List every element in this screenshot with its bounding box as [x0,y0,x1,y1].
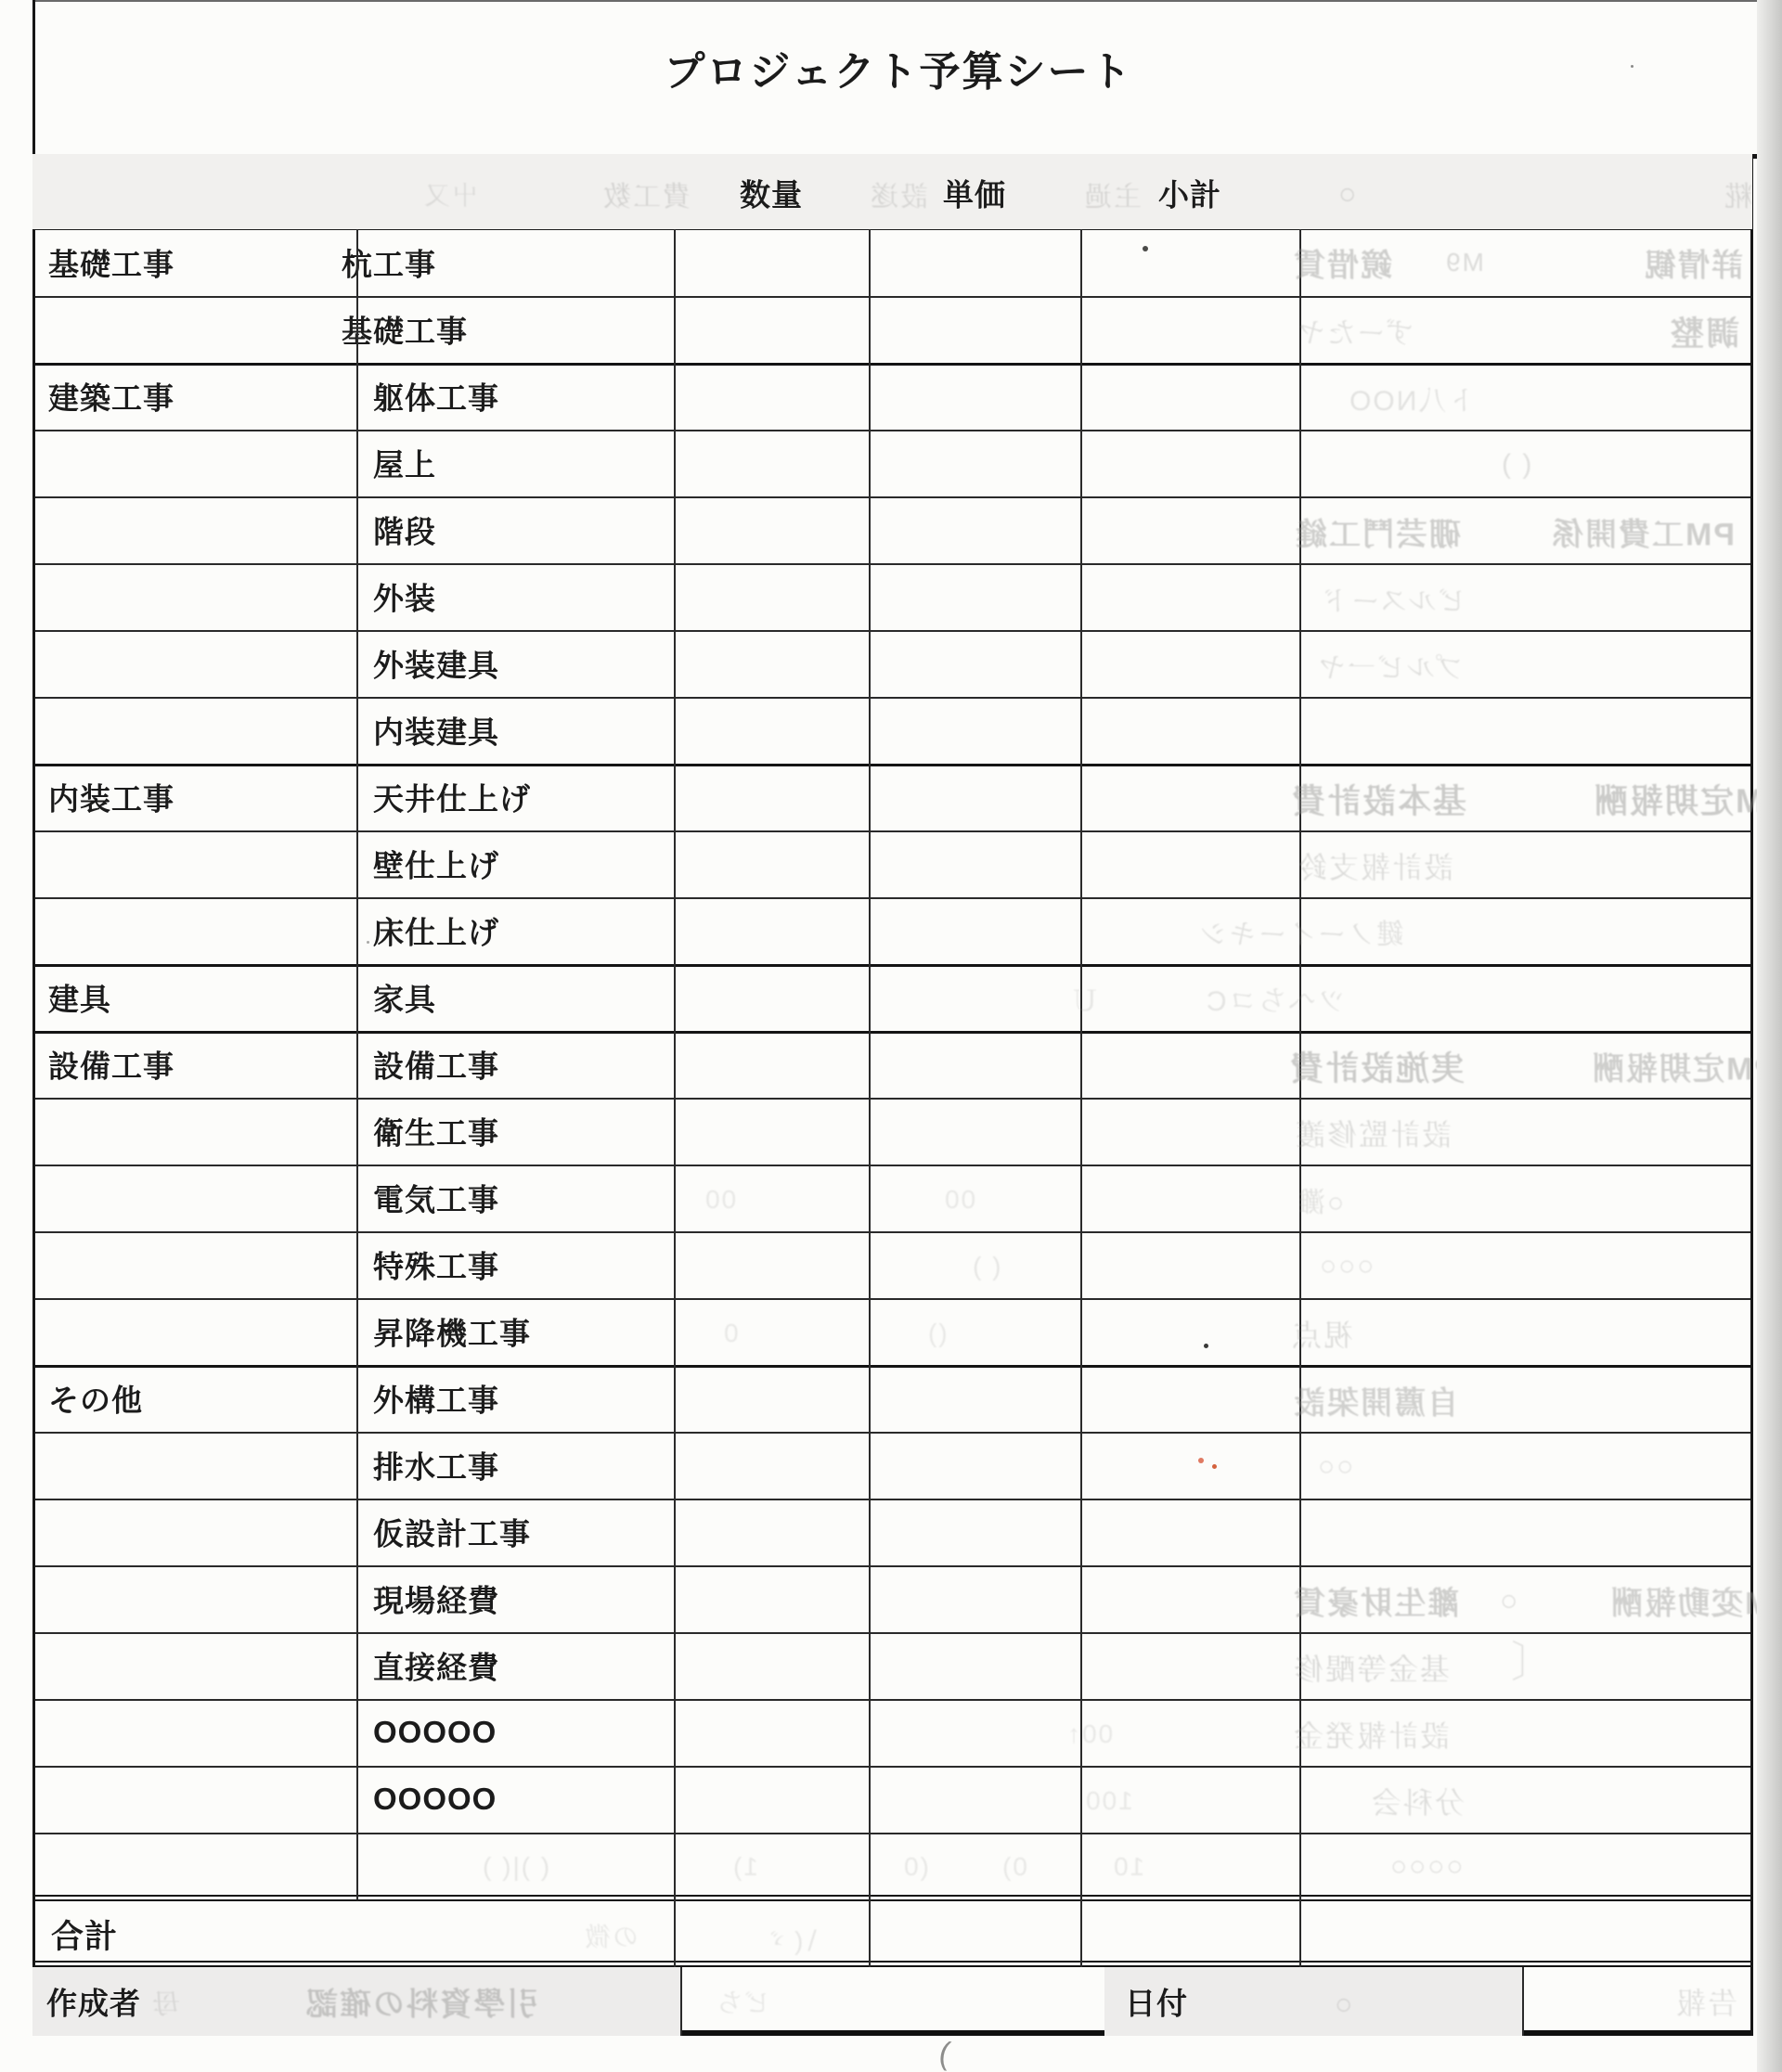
bleed-through-text: 鍵ノーイーキシ [1197,911,1404,952]
unit-price-cell [869,1299,1080,1366]
header-quantity: 数量 [740,172,803,215]
bleed-through-text: 屮又 [422,175,478,212]
item-label: 設備工事 [373,1043,499,1087]
grid-hline [32,1632,1752,1634]
grid-hline [32,964,1752,967]
notes-cell [1299,1165,1752,1232]
scanned-budget-sheet: プロジェクト予算シート 数量 単価 小計 合計 作成者 日付 屮又費工数設遂主過… [0,0,1782,2072]
quantity-cell [674,230,869,297]
bleed-through-text: ○○○○ [1388,1851,1463,1883]
table-row: 内装建具 [32,698,1752,765]
grid-hline [32,0,1765,2]
table-row: 家具 [32,965,1752,1032]
table-row: 外装建具 [32,631,1752,698]
table-row: 現場経費 [32,1566,1752,1633]
grid-hline [32,363,1752,366]
grid-hline [32,897,1752,899]
item-label: 直接経費 [373,1644,499,1688]
unit-price-cell [869,297,1080,364]
bleed-through-text: (0 [902,1852,929,1882]
scan-edge-strip [1757,0,1782,2072]
bleed-through-text: 視点 [1290,1312,1353,1355]
bleed-through-text: 0 [722,1319,739,1348]
item-label: 電気工事 [373,1177,499,1220]
table-row: 直接経費 [32,1633,1752,1700]
item-label: 内装建具 [373,709,499,753]
grid-hline [32,496,1752,498]
quantity-cell [674,1299,869,1366]
item-label: 外構工事 [373,1377,499,1421]
subtotal-cell [1080,1232,1299,1299]
bleed-through-text: 分科会 [1370,1780,1465,1822]
bleed-through-text: ビルスード [1320,578,1466,619]
notes-cell [1299,965,1752,1032]
subtotal-cell [1080,1165,1299,1232]
subtotal-cell [1080,497,1299,564]
grid-hline [32,1098,1752,1100]
bleed-through-text: 自薦開架設 [1292,1378,1459,1423]
unit-price-cell [869,1433,1080,1499]
item-label: 基礎工事 [342,308,468,352]
item-label: 昇降機工事 [373,1310,531,1354]
grid-vline [32,0,35,2036]
bleed-through-text: ∖(ゞ [765,1921,821,1958]
quantity-cell [674,965,869,1032]
grid-hline [32,1231,1752,1233]
unit-price-cell [869,1366,1080,1433]
bleed-through-text: 〔 [1509,1628,1554,1690]
unit-price-cell [869,698,1080,765]
bleed-through-text: ト八NOO [1348,378,1476,418]
item-label: 外装 [373,575,436,619]
item-label: 衛生工事 [373,1110,499,1153]
bleed-through-text: ずーたヤ [1296,310,1414,351]
item-label: 床仕上げ [373,909,499,953]
subtotal-cell [1080,1433,1299,1499]
grid-hline [32,1565,1752,1567]
quantity-cell [674,1433,869,1499]
bleed-through-text: プルビ一ヤ [1316,645,1464,686]
table-row: 排水工事 [32,1433,1752,1499]
subtotal-cell [1080,1299,1299,1366]
notes-cell [1299,1834,1752,1900]
bleed-through-text: 0) [1001,1852,1027,1882]
header-unit-price: 単価 [943,172,1006,215]
subtotal-cell [1080,698,1299,765]
subtotal-cell [1080,364,1299,431]
item-label: 家具 [373,976,436,1020]
grid-hline [32,1432,1752,1434]
date-label: 日付 [1125,1980,1188,2024]
table-row [32,1834,1752,1900]
header-subtotal: 小計 [1158,172,1221,215]
unit-price-cell [869,965,1080,1032]
grid-hline [32,1165,1752,1166]
quantity-cell [674,765,869,831]
item-label: 屋上 [373,442,436,485]
grid-vline [1750,154,1753,2036]
scan-speck [1198,1458,1204,1463]
item-label: 天井仕上げ [373,776,531,819]
bleed-through-text: ○灘 [1296,1179,1344,1220]
table-row: 躯体工事 [32,364,1752,431]
quantity-cell [674,1099,869,1165]
grid-hline [32,1833,1752,1834]
grid-vline [869,154,871,1967]
quantity-cell [674,1232,869,1299]
scan-speck [1631,65,1633,68]
bleed-through-text: ○ [1336,177,1356,212]
table-row: 屋上 [32,431,1752,497]
scan-speck [1143,246,1148,251]
scan-speck [1204,1344,1208,1348]
subtotal-cell [1080,1099,1299,1165]
author-label: 作成者 [46,1980,141,2024]
table-row: 衛生工事 [32,1099,1752,1165]
quantity-cell [674,564,869,631]
bleed-through-text: ○ [1333,1988,1352,2022]
table-row: 電気工事 [32,1165,1752,1232]
quantity-cell [674,1834,869,1900]
grid-vline [674,154,676,1967]
quantity-cell [674,898,869,965]
bleed-through-text: 引學資料の確認 [304,1979,538,2025]
grid-hline [32,1298,1752,1300]
quantity-cell [674,431,869,497]
subtotal-cell [1080,631,1299,698]
item-label: 現場経費 [373,1577,499,1621]
bleed-through-text: ツへちコC [1205,978,1346,1019]
subtotal-cell [1080,1366,1299,1433]
item-label: 階段 [373,508,436,552]
pen-scratch-mark: ( [936,2035,953,2072]
grid-hline [32,1961,1752,1963]
quantity-cell [674,698,869,765]
item-label: 仮設計工事 [373,1511,531,1554]
item-label: 壁仕上げ [373,843,499,886]
unit-price-cell [869,431,1080,497]
quantity-cell [674,631,869,698]
bleed-through-text: ( )|( ) [481,1852,549,1882]
bleed-through-text: 設計報発金 [1292,1713,1450,1756]
table-row: 壁仕上げ [32,831,1752,898]
item-label: 躯体工事 [373,375,499,418]
subtotal-cell [1080,230,1299,297]
bleed-through-text: 00 [943,1185,975,1215]
unit-price-cell [869,1032,1080,1099]
bleed-through-text: 00 [704,1185,736,1215]
grid-vline [1522,1967,1524,2036]
grid-vline [1080,154,1082,1967]
bleed-through-text: 100 [1084,1786,1133,1816]
bleed-through-text: ( ) [971,1252,1001,1281]
grid-hline [32,1499,1752,1500]
unit-price-cell [869,1499,1080,1566]
bleed-through-text: 実施設計費 [1288,1043,1465,1090]
table-row: 基礎工事 [32,297,1752,364]
table-row: OOOOO [32,1700,1752,1767]
grid-hline [32,1766,1752,1768]
item-label: 特殊工事 [373,1243,499,1287]
quantity-cell [674,1032,869,1099]
unit-price-cell [869,1566,1080,1633]
table-row: 杭工事 [32,230,1752,297]
bleed-through-text: 詳情観 [1643,240,1743,286]
grid-hline [32,630,1752,632]
bleed-through-text: PM工費開係 [1550,509,1735,555]
item-label: 外装建具 [373,642,499,686]
item-label: OOOOO [373,1715,497,1750]
unit-price-cell [869,1633,1080,1700]
unit-price-cell [869,765,1080,831]
quantity-cell [674,1700,869,1767]
bleed-through-text: 00↑ [1065,1719,1113,1749]
unit-price-cell [869,497,1080,564]
grid-hline [32,830,1752,832]
page-title: プロジェクト予算シート [664,38,1132,97]
bleed-through-text: 告報 [1674,1980,1737,2023]
grid-hline [32,1895,1752,1897]
subtotal-cell [1080,297,1299,364]
bleed-through-text: PM定期報酬 [1593,776,1782,823]
bleed-through-text: ○○ [1316,1451,1353,1483]
subtotal-cell [1080,431,1299,497]
notes-cell [1299,698,1752,765]
quantity-cell [674,1767,869,1834]
table-row: 外装 [32,564,1752,631]
grid-hline [32,563,1752,565]
scan-speck [367,941,369,944]
bleed-through-text: の微 [583,1917,639,1954]
bleed-through-text: 基金等醍修 [1292,1646,1450,1689]
table-row: OOOOO [32,1767,1752,1834]
subtotal-cell [1080,765,1299,831]
bleed-through-text: 費工数 [601,174,691,214]
notes-cell [1299,1299,1752,1366]
item-label: OOOOO [373,1782,497,1817]
bleed-through-text: 10 [1112,1852,1144,1882]
unit-price-cell [869,364,1080,431]
grid-hline [32,1699,1752,1701]
bleed-through-text: 設計報支鈴 [1296,844,1453,887]
unit-price-cell [869,1834,1080,1900]
table-row: 床仕上げ [32,898,1752,965]
bleed-through-text: Ｕ [1069,978,1099,1019]
bleed-through-text: PM定期報酬 [1591,1044,1776,1089]
quantity-cell [674,497,869,564]
subtotal-cell [1080,564,1299,631]
bleed-through-text: 主過 [1082,174,1142,214]
item-label: 排水工事 [373,1444,499,1487]
bleed-through-text: 離生財豪賃 [1292,1578,1459,1624]
notes-cell [1299,1499,1752,1566]
quantity-cell [674,1633,869,1700]
subtotal-cell [1080,831,1299,898]
table-row: 階段 [32,497,1752,564]
unit-price-cell [869,1700,1080,1767]
bleed-through-text: ○ [1498,1584,1517,1618]
bleed-through-text: ○○○ [1318,1251,1374,1282]
bleed-through-text: 調整 [1669,308,1739,355]
grid-hline [32,430,1752,431]
unit-price-cell [869,631,1080,698]
quantity-cell [674,1366,869,1433]
table-row: 天井仕上げ [32,765,1752,831]
bleed-through-text: 1) [731,1852,758,1882]
table-row: 昇降機工事 [32,1299,1752,1366]
bleed-through-text: 基本設計費 [1290,776,1466,823]
subtotal-cell [1080,1499,1299,1566]
quantity-cell [674,1499,869,1566]
unit-price-cell [869,831,1080,898]
bleed-through-text: ビち [715,1983,770,2020]
subtotal-cell [1080,1633,1299,1700]
notes-cell [1299,1767,1752,1834]
subtotal-cell [1080,1566,1299,1633]
bleed-through-text: 設計監修護 [1294,1112,1452,1154]
scan-speck [1212,1464,1217,1469]
bleed-through-text: ( ) [1500,449,1531,481]
quantity-cell [674,297,869,364]
unit-price-cell [869,230,1080,297]
bleed-through-text: 硼芸鬥工縫 [1294,509,1461,555]
grid-hline [32,764,1752,766]
quantity-cell [674,364,869,431]
notes-cell [1299,1433,1752,1499]
quantity-cell [674,831,869,898]
bleed-through-text: 設遂 [869,174,928,214]
bleed-through-text: () [926,1319,948,1348]
grid-hline [32,697,1752,699]
quantity-cell [674,1566,869,1633]
grid-hline [32,1899,1752,1901]
bleed-through-text: M9 [1444,248,1484,277]
bleed-through-text: 糀 [1723,174,1752,214]
unit-price-cell [869,898,1080,965]
table-row: 外構工事 [32,1366,1752,1433]
subtotal-cell [1080,1032,1299,1099]
grid-hline [32,296,1752,298]
grid-hline [32,1031,1752,1034]
total-label: 合計 [51,1911,118,1958]
grid-hline [32,1365,1752,1368]
unit-price-cell [869,1099,1080,1165]
bleed-through-text: 鏡惜賃 [1292,240,1392,286]
table-row: 特殊工事 [32,1232,1752,1299]
unit-price-cell [869,1767,1080,1834]
grid-vline [356,227,358,1900]
unit-price-cell [869,564,1080,631]
table-row: 設備工事 [32,1032,1752,1099]
bleed-through-text: 母 [150,1981,180,2022]
table-row: 仮設計工事 [32,1499,1752,1566]
grid-vline [680,1967,682,2036]
subtotal-cell [1080,1700,1299,1767]
